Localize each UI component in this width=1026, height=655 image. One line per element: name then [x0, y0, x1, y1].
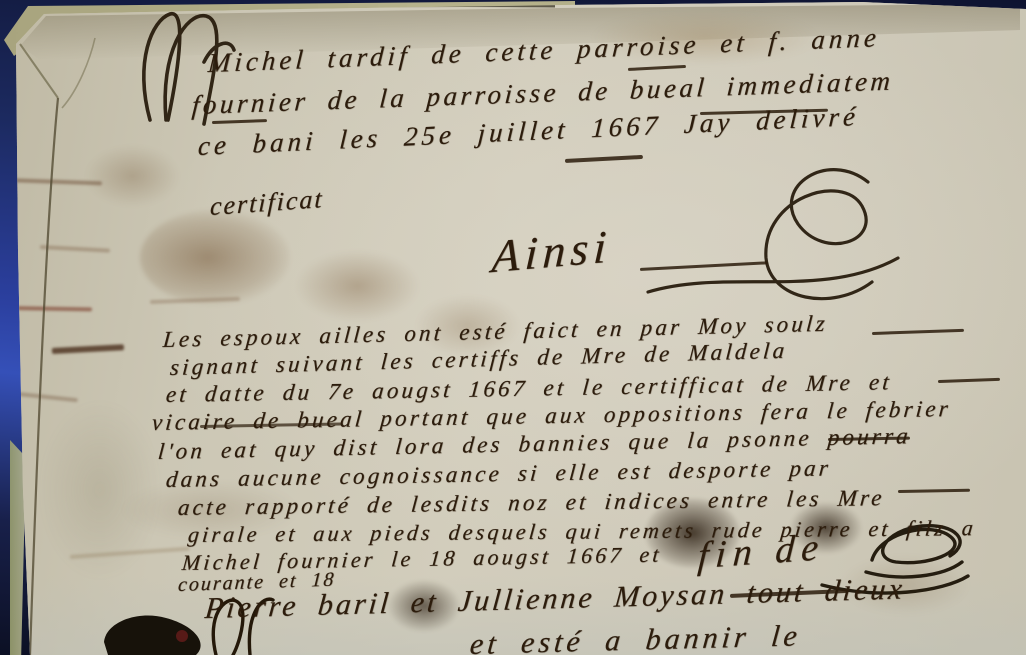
bleedthrough-mark — [18, 392, 78, 402]
stain — [85, 145, 180, 207]
manuscript-photo: Michel tardif de cette parroise et f. an… — [0, 0, 1026, 655]
bleedthrough-mark — [70, 547, 190, 559]
bleedthrough-mark — [150, 297, 240, 304]
ink-stroke — [640, 261, 768, 271]
bleedthrough-mark — [40, 245, 110, 253]
note-line: certificat — [209, 184, 324, 222]
center-word: Ainsi — [491, 219, 613, 283]
ink-stroke — [938, 378, 1000, 383]
ink-stroke — [212, 119, 267, 124]
bleedthrough-mark — [6, 178, 102, 185]
ink-stroke — [898, 489, 970, 493]
closing-word: fin de — [696, 525, 826, 578]
ink-stroke — [628, 65, 686, 71]
bleedthrough-mark — [10, 306, 92, 311]
bleedthrough-mark — [52, 344, 124, 354]
ink-stroke-underline-year — [565, 155, 643, 163]
manuscript-page: Michel tardif de cette parroise et f. an… — [0, 0, 1026, 655]
ink-stroke — [872, 329, 964, 335]
stain — [295, 250, 420, 322]
paraph-flourish — [648, 170, 898, 299]
stain — [140, 210, 290, 305]
